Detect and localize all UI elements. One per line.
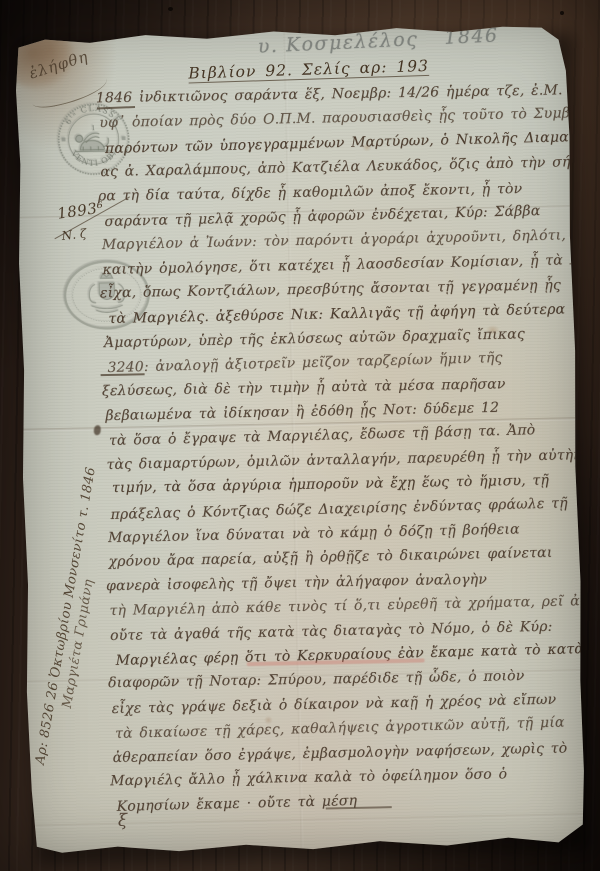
pencil-name: υ. Κοσμελέλος xyxy=(257,28,418,58)
pencil-year-annotation: υ. Κοσμελέλος1846 xyxy=(257,22,558,58)
manuscript-sheet: 6ᵗᵃ CLASSE VENTI OB: 1 xyxy=(11,21,586,857)
stamp-numeral: 1 xyxy=(91,124,96,132)
photo-background: 6ᵗᵃ CLASSE VENTI OB: 1 xyxy=(0,0,600,871)
wood-speck xyxy=(560,11,564,15)
manuscript-body: 1846 ἰνδικτιῶνος σαράντα ἕξ, Νοεμβρ: 14/… xyxy=(99,78,570,819)
wood-speck xyxy=(168,7,173,11)
paragraph-flourish: ξ xyxy=(118,811,128,831)
pencil-year: 1846 xyxy=(444,24,499,49)
vertical-note-line: Αρ: 8526 26 Ὀκτωβρίου Μονσενίτο τ. 1846 xyxy=(33,408,109,765)
margin-no-note: Ν. ζ xyxy=(61,226,87,243)
fold-crease xyxy=(28,813,586,828)
register-reference-line: Βιβλίον 92. Σελίς αρ: 193 xyxy=(188,57,429,83)
